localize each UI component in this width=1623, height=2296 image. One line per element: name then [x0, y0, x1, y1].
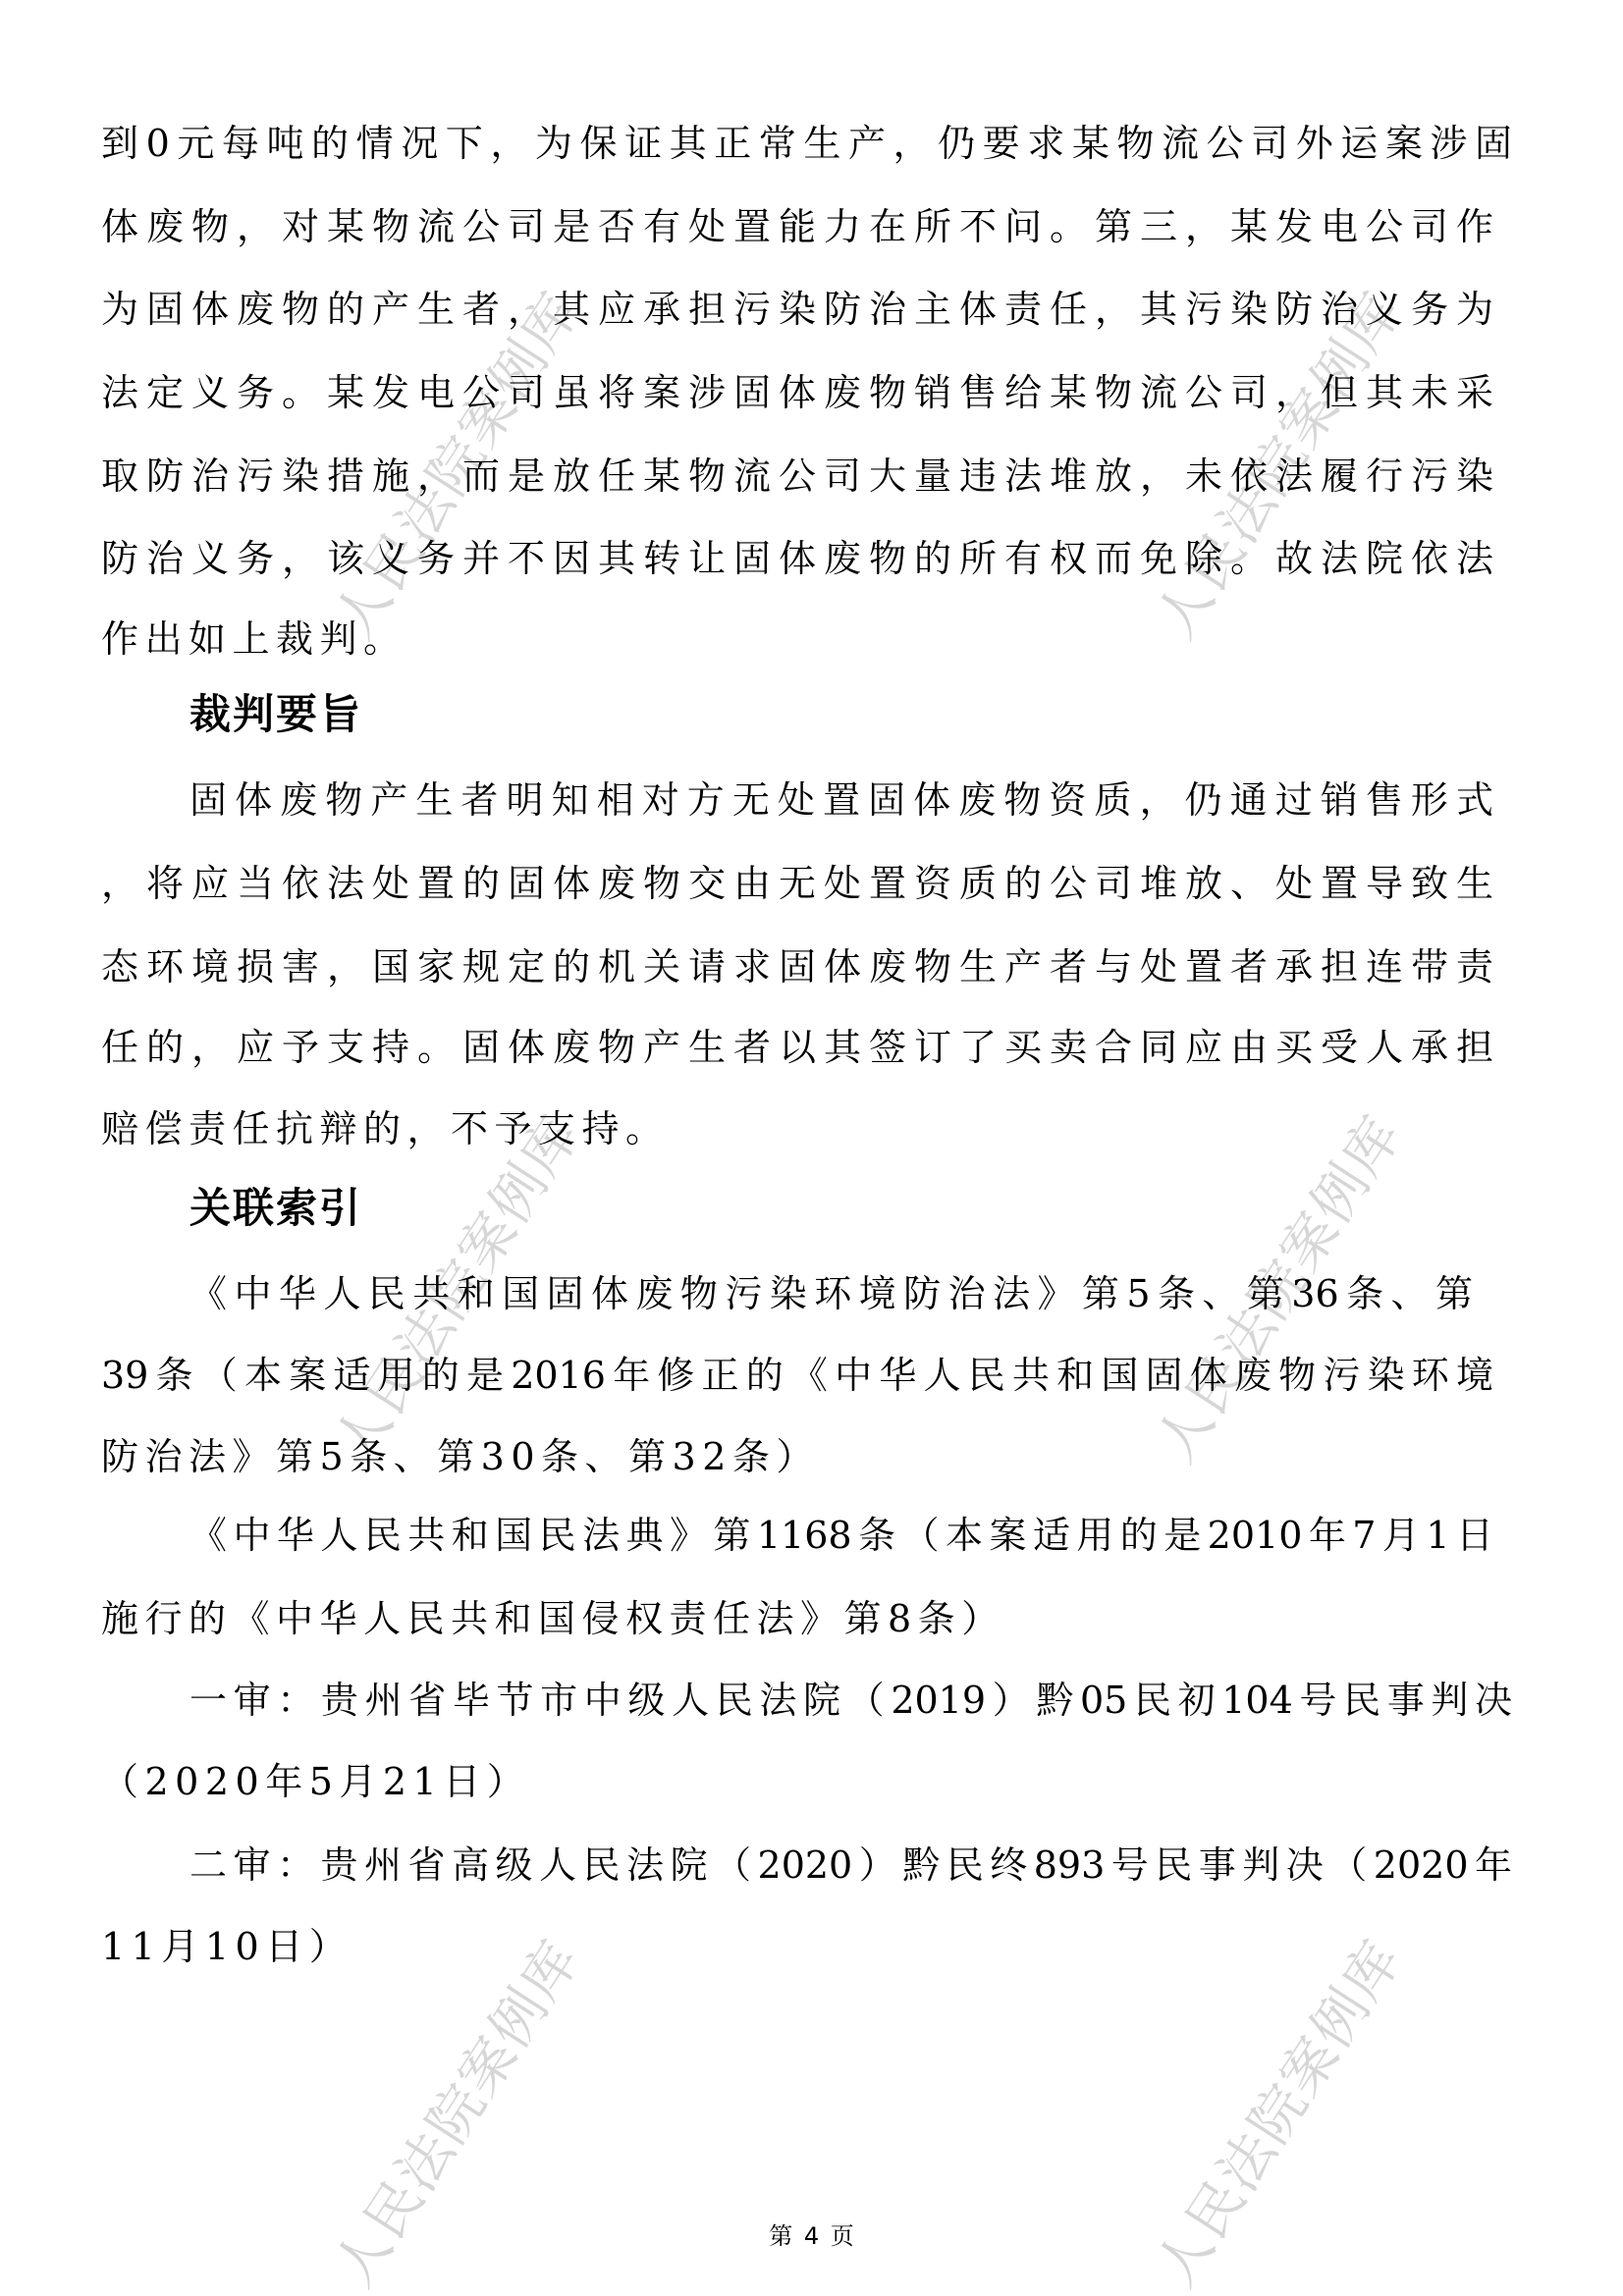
body-text-line: 取防治污染措施，而是放任某物流公司大量违法堆放，未依法履行污染 [101, 435, 1493, 517]
section-text-line: 11月10日） [101, 1905, 352, 1988]
section-text-line: 二审：贵州省高级人民法院（2020）黔民终893号民事判决（2020年 [189, 1824, 1512, 1906]
body-text-line: 法定义务。某发电公司虽将案涉固体废物销售给某物流公司，但其未采 [101, 351, 1493, 434]
section-text-line: 施行的《中华人民共和国侵权责任法》第8条） [101, 1577, 1005, 1660]
body-text-line: 作出如上裁判。 [101, 598, 407, 680]
section-text-line: 态环境损害，国家规定的机关请求固体废物生产者与处置者承担连带责 [101, 926, 1493, 1008]
page-number: 第 4 页 [0, 2216, 1623, 2251]
section-text-line: 防治法》第5条、第30条、第32条） [101, 1415, 820, 1498]
section-text-line: 赔偿责任抗辩的，不予支持。 [101, 1088, 670, 1170]
section-heading: 裁判要旨 [189, 673, 362, 756]
body-text-line: 为固体废物的产生者，其应承担污染防治主体责任，其污染防治义务为 [101, 268, 1493, 350]
section-text-line: 固体废物产生者明知相对方无处置固体废物资质，仍通过销售形式 [189, 759, 1493, 841]
section-heading: 关联索引 [189, 1167, 362, 1250]
section-text-line: 《中华人民共和国固体废物污染环境防治法》第5条、第36条、第 [189, 1253, 1473, 1335]
section-text-line: 一审：贵州省毕节市中级人民法院（2019）黔05民初104号民事判决 [189, 1659, 1512, 1741]
document-page: 人民法院案例库人民法院案例库人民法院案例库人民法院案例库人民法院案例库人民法院案… [0, 0, 1623, 2296]
section-text-line: （2020年5月21日） [101, 1740, 530, 1823]
section-text-line: 任的，应予支持。固体废物产生者以其签订了买卖合同应由买受人承担 [101, 1006, 1493, 1089]
section-text-line: 《中华人民共和国民法典》第1168条（本案适用的是2010年7月1日 [189, 1494, 1493, 1576]
body-text-line: 体废物，对某物流公司是否有处置能力在所不问。第三，某发电公司作 [101, 186, 1493, 268]
section-text-line: ，将应当依法处置的固体废物交由无处置资质的公司堆放、处置导致生 [101, 842, 1493, 925]
section-text-line: 39条（本案适用的是2016年修正的《中华人民共和国固体废物污染环境 [101, 1334, 1493, 1416]
body-text-line: 防治义务，该义务并不因其转让固体废物的所有权而免除。故法院依法 [101, 517, 1493, 600]
body-text-line: 到0元每吨的情况下，为保证其正常生产，仍要求某物流公司外运案涉固 [101, 102, 1512, 185]
